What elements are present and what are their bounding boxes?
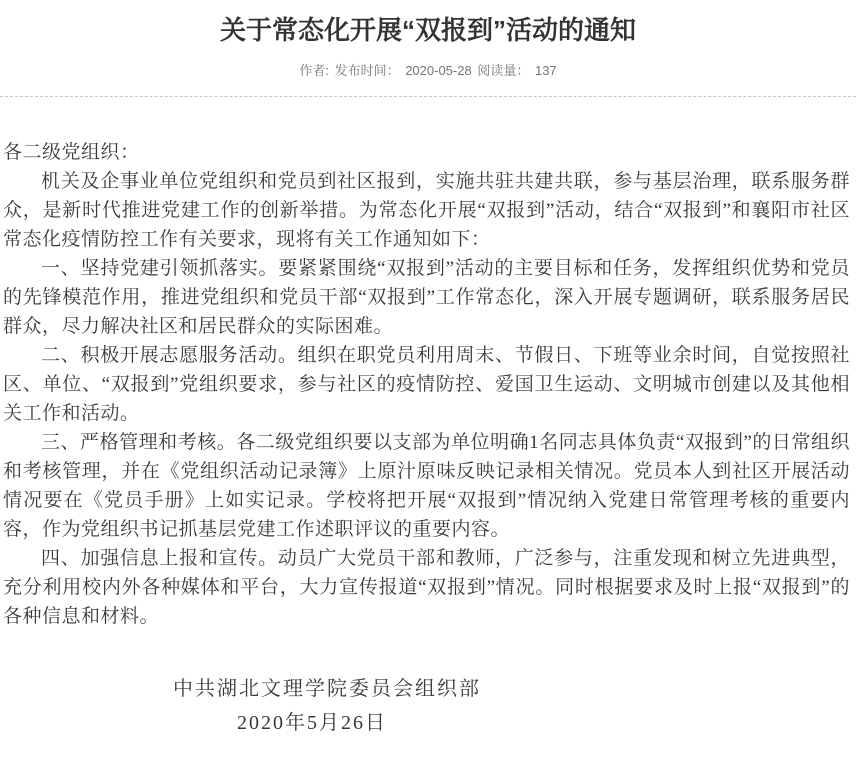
body-paragraph: 四、加强信息上报和宣传。动员广大党员干部和教师，广泛参与，注重发现和树立先进典型… [3,544,850,631]
notice-body: 各二级党组织： 机关及企事业单位党组织和党员到社区报到，实施共驻共建共联，参与基… [0,97,856,758]
meta-views-count: 137 [535,63,557,78]
body-paragraph: 一、坚持党建引领抓落实。要紧紧围绕“双报到”活动的主要目标和任务，发挥组织优势和… [3,254,850,341]
meta-publish-date: 2020-05-28 [405,63,472,78]
body-paragraph: 二、积极开展志愿服务活动。组织在职党员利用周末、节假日、下班等业余时间，自觉按照… [3,341,850,428]
body-paragraph: 三、严格管理和考核。各二级党组织要以支部为单位明确1名同志具体负责“双报到”的日… [3,428,850,544]
salutation: 各二级党组织： [3,138,850,167]
page-title: 关于常态化开展“双报到”活动的通知 [40,14,816,47]
meta-author-label: 作者: [299,63,329,78]
meta-views-label: 阅读量： [477,63,529,78]
signature-date: 2020年5月26日 [237,709,850,738]
notice-page: 关于常态化开展“双报到”活动的通知 作者: 发布时间： 2020-05-28 阅… [0,14,856,758]
body-paragraph: 机关及企事业单位党组织和党员到社区报到，实施共驻共建共联，参与基层治理，联系服务… [3,167,850,254]
meta-publish-label: 发布时间： [335,63,400,78]
signature-block: 中共湖北文理学院委员会组织部 2020年5月26日 [3,675,850,738]
signature-org: 中共湖北文理学院委员会组织部 [173,675,850,704]
article-meta: 作者: 发布时间： 2020-05-28 阅读量： 137 [0,64,856,77]
